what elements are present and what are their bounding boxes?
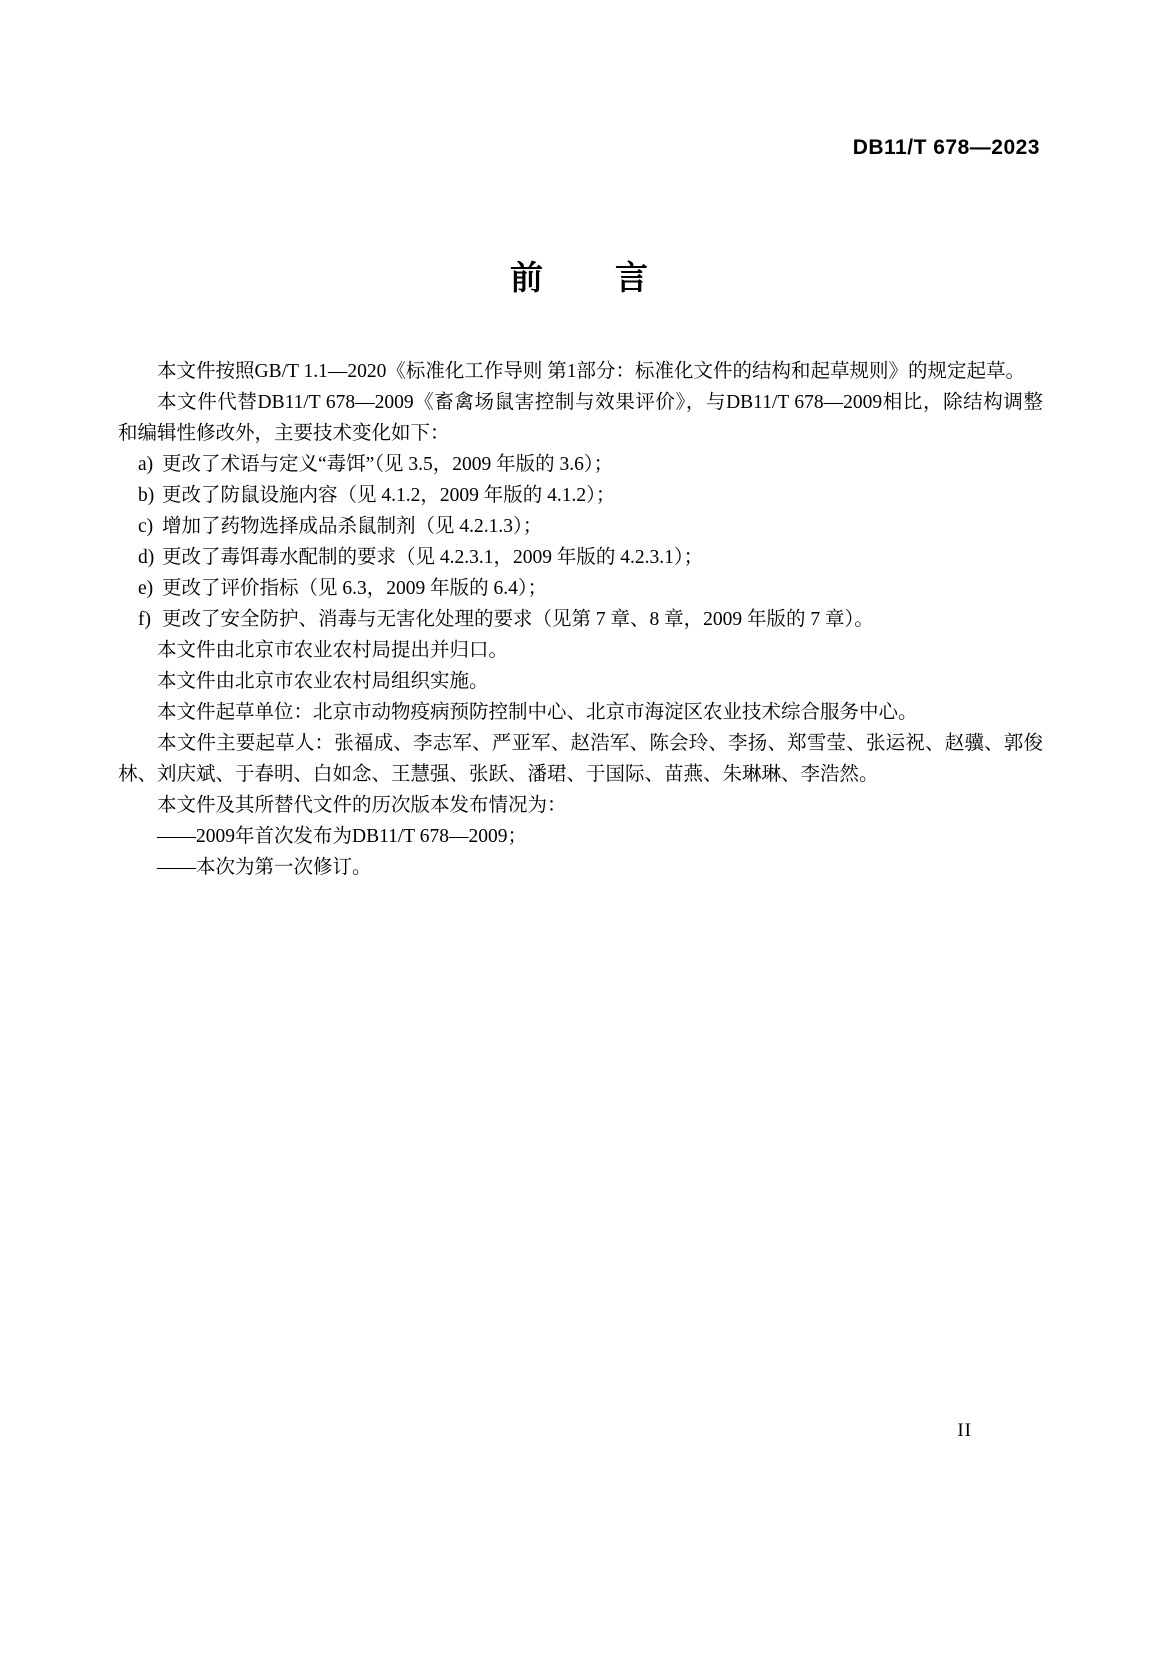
document-header: DB11/T 678—2023 xyxy=(0,0,1160,160)
doc-number: DB11/T 678—2023 xyxy=(853,136,1040,159)
paragraph-drafting-org: 本文件起草单位：北京市动物疫病预防控制中心、北京市海淀区农业技术综合服务中心。 xyxy=(118,697,1043,728)
paragraph-issued-by: 本文件由北京市农业农村局提出并归口。 xyxy=(118,635,1043,666)
technical-changes-list: a) 更改了术语与定义“毒饵”（见 3.5，2009 年版的 3.6）； b) … xyxy=(118,449,1043,635)
paragraph-replacement: 本文件代替DB11/T 678—2009《畜禽场鼠害控制与效果评价》，与DB11… xyxy=(118,387,1043,449)
change-text-f: 更改了安全防护、消毒与无害化处理的要求（见第 7 章、8 章，2009 年版的 … xyxy=(162,609,874,630)
foreword-content: 本文件按照GB/T 1.1—2020《标准化工作导则 第1部分：标准化文件的结构… xyxy=(0,356,1160,883)
list-item-change-c: c) 增加了药物选择成品杀鼠制剂（见 4.2.1.3）； xyxy=(118,511,1043,542)
page-number: II xyxy=(957,1420,972,1442)
document-page: DB11/T 678—2023 前 言 本文件按照GB/T 1.1—2020《标… xyxy=(0,0,1160,1661)
list-item-change-b: b) 更改了防鼠设施内容（见 4.1.2，2009 年版的 4.1.2）； xyxy=(118,480,1043,511)
change-text-e: 更改了评价指标（见 6.3，2009 年版的 6.4）； xyxy=(162,578,547,599)
paragraph-history-first-release: ——2009年首次发布为DB11/T 678—2009； xyxy=(118,821,1043,852)
list-item-change-f: f) 更改了安全防护、消毒与无害化处理的要求（见第 7 章、8 章，2009 年… xyxy=(118,604,1043,635)
change-text-a: 更改了术语与定义“毒饵”（见 3.5，2009 年版的 3.6）； xyxy=(162,454,613,475)
change-label-b: b) xyxy=(138,480,154,511)
paragraph-history-intro: 本文件及其所替代文件的历次版本发布情况为： xyxy=(118,790,1043,821)
change-text-b: 更改了防鼠设施内容（见 4.1.2，2009 年版的 4.1.2）； xyxy=(162,485,615,506)
paragraph-basis: 本文件按照GB/T 1.1—2020《标准化工作导则 第1部分：标准化文件的结构… xyxy=(118,356,1043,387)
list-item-change-a: a) 更改了术语与定义“毒饵”（见 3.5，2009 年版的 3.6）； xyxy=(118,449,1043,480)
paragraph-implemented-by: 本文件由北京市农业农村局组织实施。 xyxy=(118,666,1043,697)
change-label-d: d) xyxy=(138,542,154,573)
list-item-change-d: d) 更改了毒饵毒水配制的要求（见 4.2.3.1，2009 年版的 4.2.3… xyxy=(118,542,1043,573)
change-label-e: e) xyxy=(138,573,153,604)
paragraph-history-first-revision: ——本次为第一次修订。 xyxy=(118,852,1043,883)
change-text-c: 增加了药物选择成品杀鼠制剂（见 4.2.1.3）； xyxy=(162,516,542,537)
paragraph-drafters: 本文件主要起草人：张福成、李志军、严亚军、赵浩军、陈会玲、李扬、郑雪莹、张运祝、… xyxy=(118,728,1043,790)
change-label-c: c) xyxy=(138,511,153,542)
list-item-change-e: e) 更改了评价指标（见 6.3，2009 年版的 6.4）； xyxy=(118,573,1043,604)
page-title: 前 言 xyxy=(0,260,1160,296)
change-label-a: a) xyxy=(138,449,153,480)
change-label-f: f) xyxy=(138,604,151,635)
change-text-d: 更改了毒饵毒水配制的要求（见 4.2.3.1，2009 年版的 4.2.3.1）… xyxy=(162,547,703,568)
